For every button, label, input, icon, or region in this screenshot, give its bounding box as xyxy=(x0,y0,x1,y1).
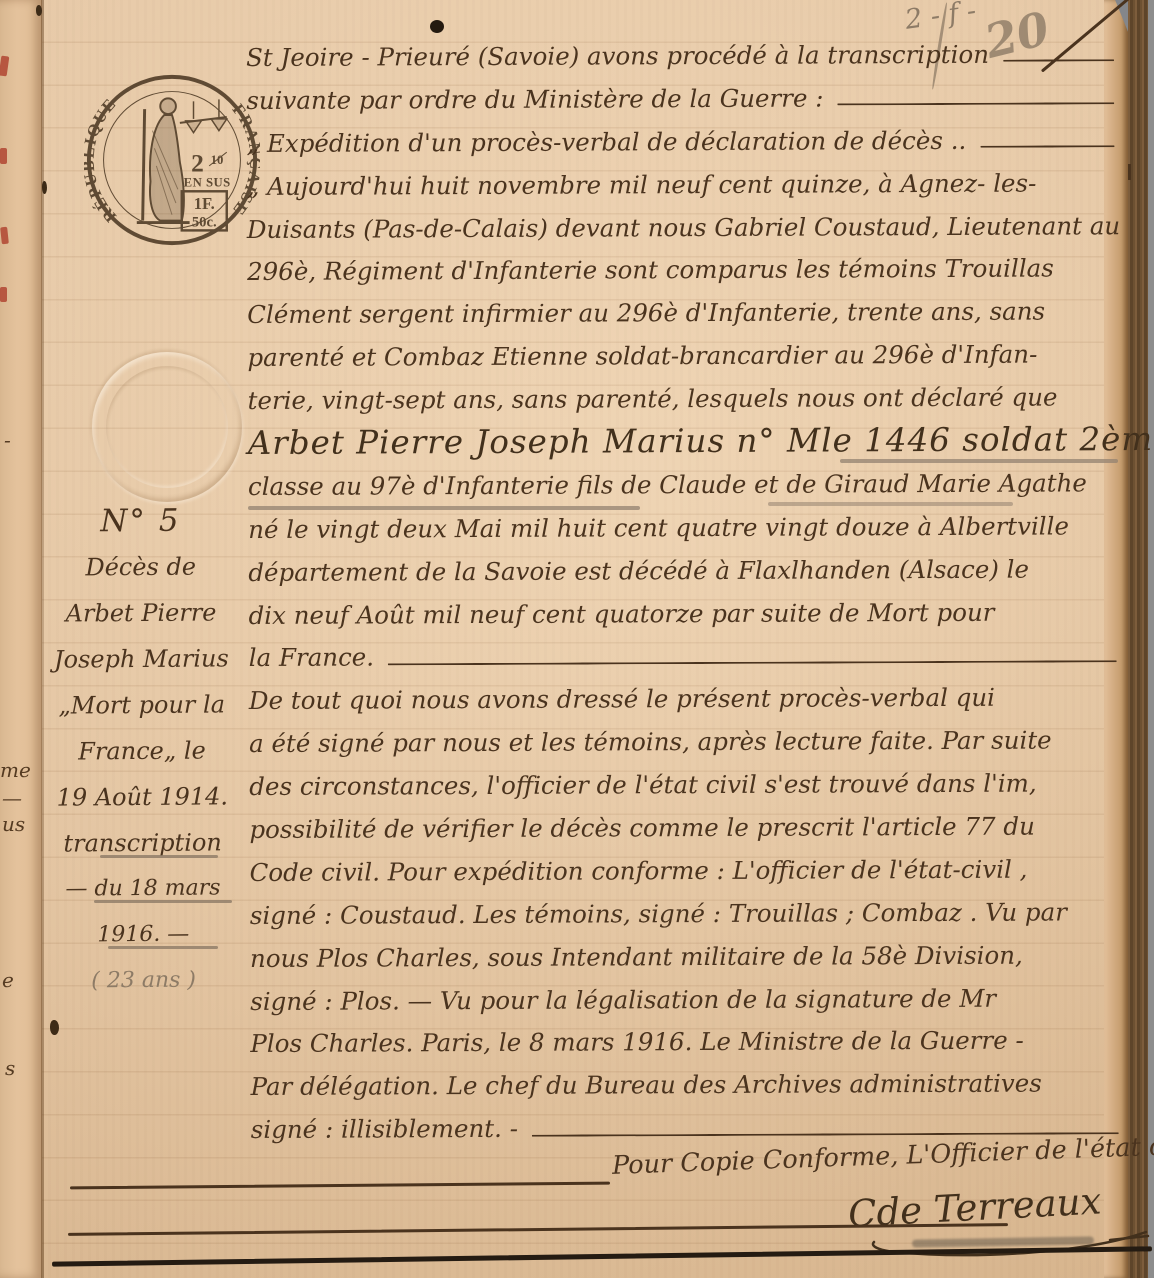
edge-ink-mark xyxy=(1128,164,1131,180)
stamp-price-top: 1F. xyxy=(194,194,215,213)
act-line-deceased-name: Arbet Pierre Joseph Marius n° Mle 1446 s… xyxy=(248,418,1120,465)
pencil-underline xyxy=(100,855,218,858)
register-page: - me — us e s 2 - f - 20 RÉPUBLIQUE FRAN… xyxy=(0,0,1154,1278)
margin-line: — du 18 mars 1916. — xyxy=(41,865,246,958)
act-line: „ Expédition d'un procès-verbal de décla… xyxy=(246,118,1118,165)
ink-dot xyxy=(430,20,444,33)
embossed-seal xyxy=(92,352,242,502)
stamp-price-bottom: 50c. xyxy=(192,214,217,230)
act-line: St Jeoire - Prieuré (Savoie) avons procé… xyxy=(246,32,1118,79)
act-line: a été signé par nous et les témoins, apr… xyxy=(249,718,1121,765)
ruled-dash xyxy=(838,103,1115,106)
edge-text-fragment: me xyxy=(0,758,31,782)
stitch-mark xyxy=(50,1020,59,1035)
act-line: parenté et Combaz Etienne soldat-brancar… xyxy=(247,332,1119,379)
act-line: Code civil. Pour expédition conforme : L… xyxy=(250,847,1122,894)
stitch-mark xyxy=(42,181,47,194)
act-line: possibilité de vérifier le décès comme l… xyxy=(249,804,1121,851)
separator-rule xyxy=(70,1182,610,1189)
pencil-underline xyxy=(768,502,1013,506)
margin-line: 19 Août 1914. xyxy=(40,773,244,820)
act-line: Par délégation. Le chef du Bureau des Ar… xyxy=(250,1062,1122,1109)
act-line: De tout quoi nous avons dressé le présen… xyxy=(249,676,1121,723)
red-margin-mark xyxy=(0,287,7,302)
background-gutter xyxy=(1148,0,1154,1278)
stamp-surcharge-num: 2 xyxy=(191,150,204,178)
ruled-dash xyxy=(980,145,1114,148)
stitch-mark xyxy=(36,5,42,16)
act-line: des circonstances, l'officier de l'état … xyxy=(249,761,1121,808)
act-line: 296è, Régiment d'Infanterie sont comparu… xyxy=(247,247,1119,294)
act-line: Clément sergent infirmier au 296è d'Infa… xyxy=(247,290,1119,337)
margin-line: „Mort pour la xyxy=(40,681,244,728)
pencil-age-note: ( 23 ans ) xyxy=(41,957,245,1004)
act-number: N° 5 xyxy=(38,497,242,544)
act-line: né le vingt deux Mai mil huit cent quatr… xyxy=(248,504,1120,551)
ruled-dash xyxy=(388,660,1117,665)
svg-text:RÉPUBLIQUE: RÉPUBLIQUE xyxy=(84,94,120,226)
margin-line: Joseph Marius xyxy=(39,635,243,682)
red-margin-mark xyxy=(0,148,7,164)
edge-text-fragment: e xyxy=(2,968,14,992)
edge-text-fragment: — xyxy=(2,786,22,810)
act-line: terie, vingt-sept ans, sans parenté, les… xyxy=(247,375,1119,422)
revenue-stamp: RÉPUBLIQUE FRANÇAISE 2 10 EN SUS 1F. 50c… xyxy=(84,72,260,248)
stamp-arc-left: RÉPUBLIQUE xyxy=(84,94,120,226)
act-line: Plos Charles. Paris, le 8 mars 1916. Le … xyxy=(250,1019,1122,1066)
edge-text-fragment: - xyxy=(4,428,11,452)
pencil-underline xyxy=(248,506,640,510)
stamp-surcharge-label: EN SUS xyxy=(184,175,231,189)
margin-line: Arbet Pierre xyxy=(39,589,243,636)
act-line: classe au 97è d'Infanterie fils de Claud… xyxy=(248,461,1120,508)
left-page-edge xyxy=(0,0,42,1278)
margin-annotation: N° 5 Décès de Arbet Pierre Joseph Marius… xyxy=(38,497,246,1004)
edge-text-fragment: us xyxy=(2,812,25,836)
margin-line: France„ le xyxy=(40,727,244,774)
act-line: „ Aujourd'hui huit novembre mil neuf cen… xyxy=(247,161,1119,208)
edge-text-fragment: s xyxy=(5,1056,15,1080)
act-line: signé : Coustaud. Les témoins, signé : T… xyxy=(250,890,1122,937)
pencil-underline xyxy=(840,459,1118,463)
embossed-seal-ring xyxy=(106,366,228,488)
margin-line: transcription xyxy=(40,819,244,866)
act-line: suivante par ordre du Ministère de la Gu… xyxy=(246,75,1118,122)
page-edge-stack xyxy=(1128,0,1148,1278)
act-line: signé : Plos. — Vu pour la légalisation … xyxy=(250,976,1122,1023)
ruled-dash xyxy=(1003,60,1114,62)
act-line: dix neuf Août mil neuf cent quatorze par… xyxy=(248,590,1120,637)
act-line: Duisants (Pas-de-Calais) devant nous Gab… xyxy=(247,204,1119,251)
pencil-underline xyxy=(108,946,218,949)
margin-line: Décès de xyxy=(39,543,243,590)
act-line: département de la Savoie est décédé à Fl… xyxy=(248,547,1120,594)
act-line: nous Plos Charles, sous Intendant milita… xyxy=(250,933,1122,980)
pencil-underline xyxy=(94,900,232,903)
act-text: St Jeoire - Prieuré (Savoie) avons procé… xyxy=(246,32,1123,1151)
act-line: la France. xyxy=(249,633,1121,680)
